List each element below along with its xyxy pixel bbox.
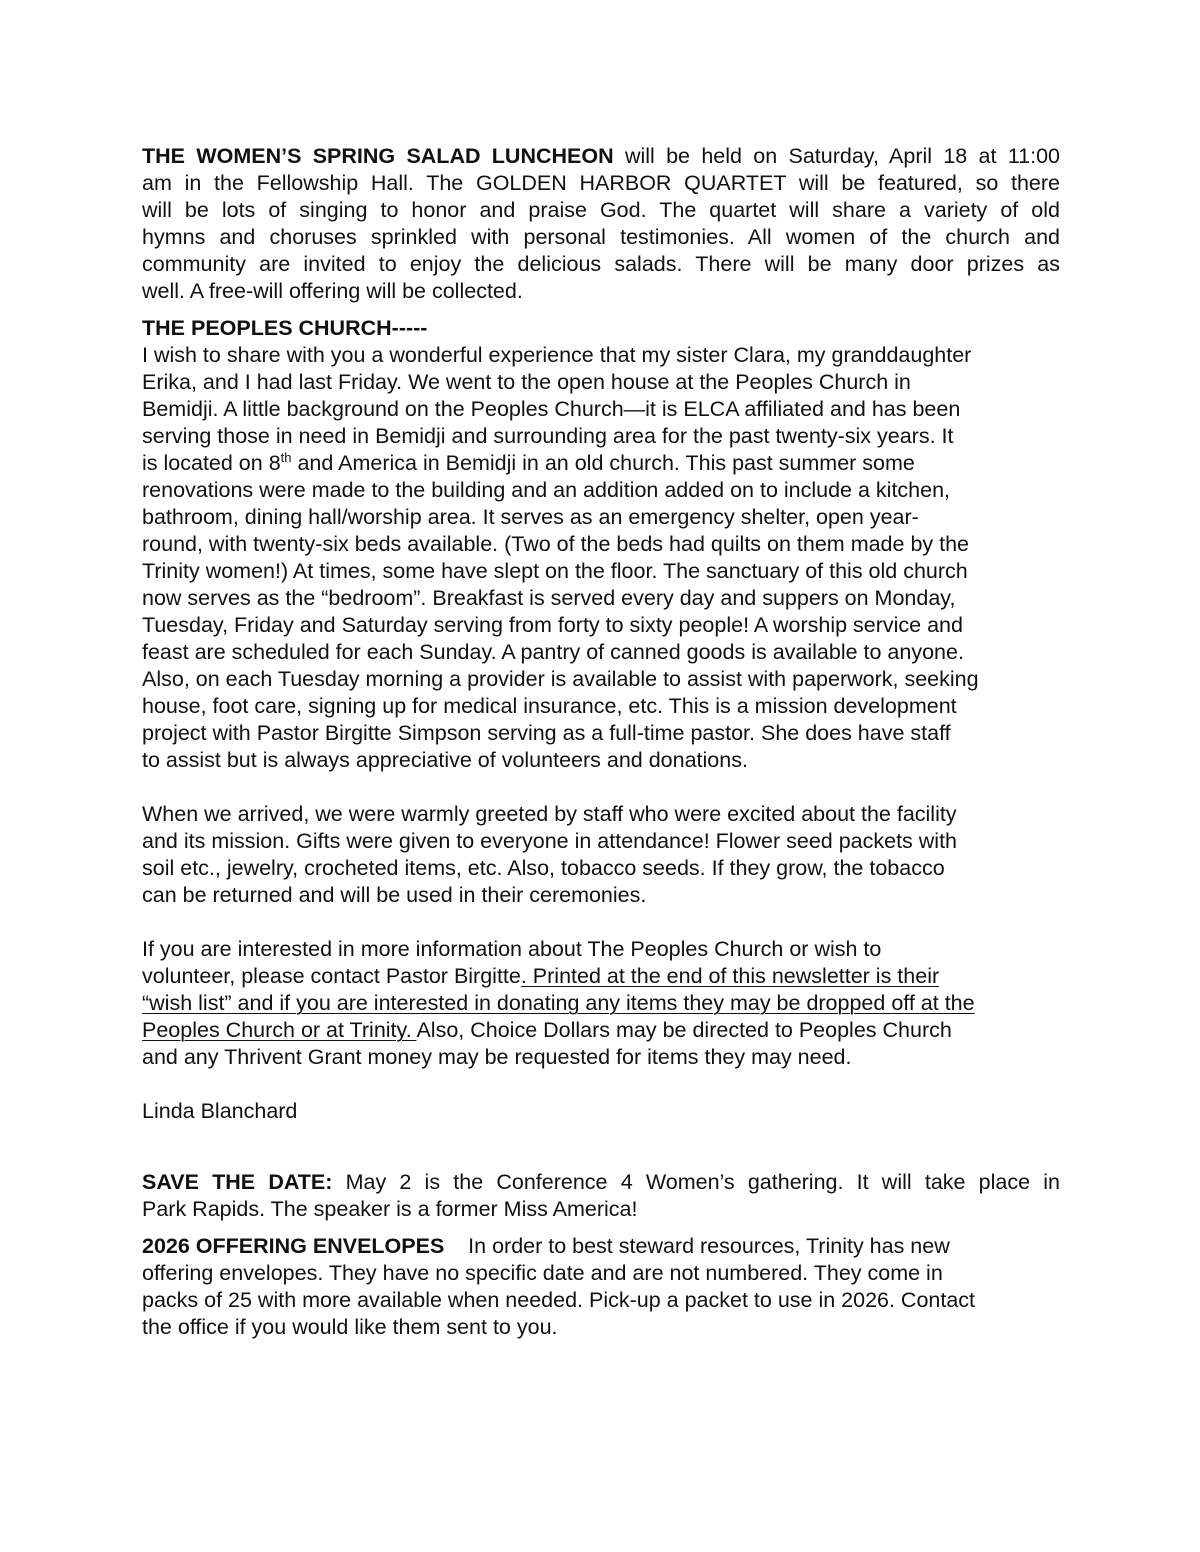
body-line: Also, on each Tuesday morning a provider… bbox=[142, 666, 1060, 693]
body-line: When we arrived, we were warmly greeted … bbox=[142, 801, 1060, 828]
peoples-church-section: THE PEOPLES CHURCH----- I wish to share … bbox=[142, 315, 1060, 1125]
body-line: If you are interested in more informatio… bbox=[142, 936, 1060, 963]
body-line: Trinity women!) At times, some have slep… bbox=[142, 558, 1060, 585]
wish-list-note: Peoples Church or at Trinity. bbox=[142, 1018, 416, 1042]
body-line: offering envelopes. They have no specifi… bbox=[142, 1260, 1060, 1287]
peoples-church-heading: THE PEOPLES CHURCH----- bbox=[142, 315, 1060, 342]
body-line: feast are scheduled for each Sunday. A p… bbox=[142, 639, 1060, 666]
body-line: Tuesday, Friday and Saturday serving fro… bbox=[142, 612, 1060, 639]
body-line: bathroom, dining hall/worship area. It s… bbox=[142, 504, 1060, 531]
body-line: now serves as the “bedroom”. Breakfast i… bbox=[142, 585, 1060, 612]
body-line: project with Pastor Birgitte Simpson ser… bbox=[142, 720, 1060, 747]
body-line: packs of 25 with more available when nee… bbox=[142, 1287, 1060, 1314]
luncheon-line: community are invited to enjoy the delic… bbox=[142, 251, 1060, 278]
body-line: can be returned and will be used in thei… bbox=[142, 882, 1060, 909]
body-line: Peoples Church or at Trinity. Also, Choi… bbox=[142, 1017, 1060, 1044]
body-line: soil etc., jewelry, crocheted items, etc… bbox=[142, 855, 1060, 882]
body-line: is located on 8th and America in Bemidji… bbox=[142, 450, 1060, 477]
luncheon-line: THE WOMEN’S SPRING SALAD LUNCHEON will b… bbox=[142, 143, 1060, 170]
body-line: “wish list” and if you are interested in… bbox=[142, 990, 1060, 1017]
newsletter-page: THE WOMEN’S SPRING SALAD LUNCHEON will b… bbox=[142, 143, 1060, 1341]
body-line: SAVE THE DATE: May 2 is the Conference 4… bbox=[142, 1169, 1060, 1196]
save-the-date-heading: SAVE THE DATE: bbox=[142, 1170, 332, 1194]
body-line: renovations were made to the building an… bbox=[142, 477, 1060, 504]
wish-list-note: . Printed at the end of this newsletter … bbox=[521, 964, 939, 988]
body-line: the office if you would like them sent t… bbox=[142, 1314, 1060, 1341]
body-line: volunteer, please contact Pastor Birgitt… bbox=[142, 963, 1060, 990]
offering-envelopes-section: 2026 OFFERING ENVELOPES In order to best… bbox=[142, 1233, 1060, 1341]
body-line: Bemidji. A little background on the Peop… bbox=[142, 396, 1060, 423]
body-line: 2026 OFFERING ENVELOPES In order to best… bbox=[142, 1233, 1060, 1260]
save-the-date-section: SAVE THE DATE: May 2 is the Conference 4… bbox=[142, 1169, 1060, 1223]
luncheon-line: will be lots of singing to honor and pra… bbox=[142, 197, 1060, 224]
luncheon-heading: THE WOMEN’S SPRING SALAD LUNCHEON bbox=[142, 144, 614, 168]
body-line: and any Thrivent Grant money may be requ… bbox=[142, 1044, 1060, 1071]
ordinal-superscript: th bbox=[281, 450, 292, 465]
author-signature: Linda Blanchard bbox=[142, 1098, 1060, 1125]
body-line: serving those in need in Bemidji and sur… bbox=[142, 423, 1060, 450]
body-line: house, foot care, signing up for medical… bbox=[142, 693, 1060, 720]
luncheon-line: am in the Fellowship Hall. The GOLDEN HA… bbox=[142, 170, 1060, 197]
body-line: I wish to share with you a wonderful exp… bbox=[142, 342, 1060, 369]
body-line: round, with twenty-six beds available. (… bbox=[142, 531, 1060, 558]
luncheon-line: well. A free-will offering will be colle… bbox=[142, 278, 1060, 305]
body-line: and its mission. Gifts were given to eve… bbox=[142, 828, 1060, 855]
luncheon-line: hymns and choruses sprinkled with person… bbox=[142, 224, 1060, 251]
luncheon-section: THE WOMEN’S SPRING SALAD LUNCHEON will b… bbox=[142, 143, 1060, 305]
body-line: Park Rapids. The speaker is a former Mis… bbox=[142, 1196, 1060, 1223]
wish-list-note: “wish list” and if you are interested in… bbox=[142, 991, 975, 1015]
body-line: Erika, and I had last Friday. We went to… bbox=[142, 369, 1060, 396]
body-line: to assist but is always appreciative of … bbox=[142, 747, 1060, 774]
offering-envelopes-heading: 2026 OFFERING ENVELOPES bbox=[142, 1234, 444, 1258]
